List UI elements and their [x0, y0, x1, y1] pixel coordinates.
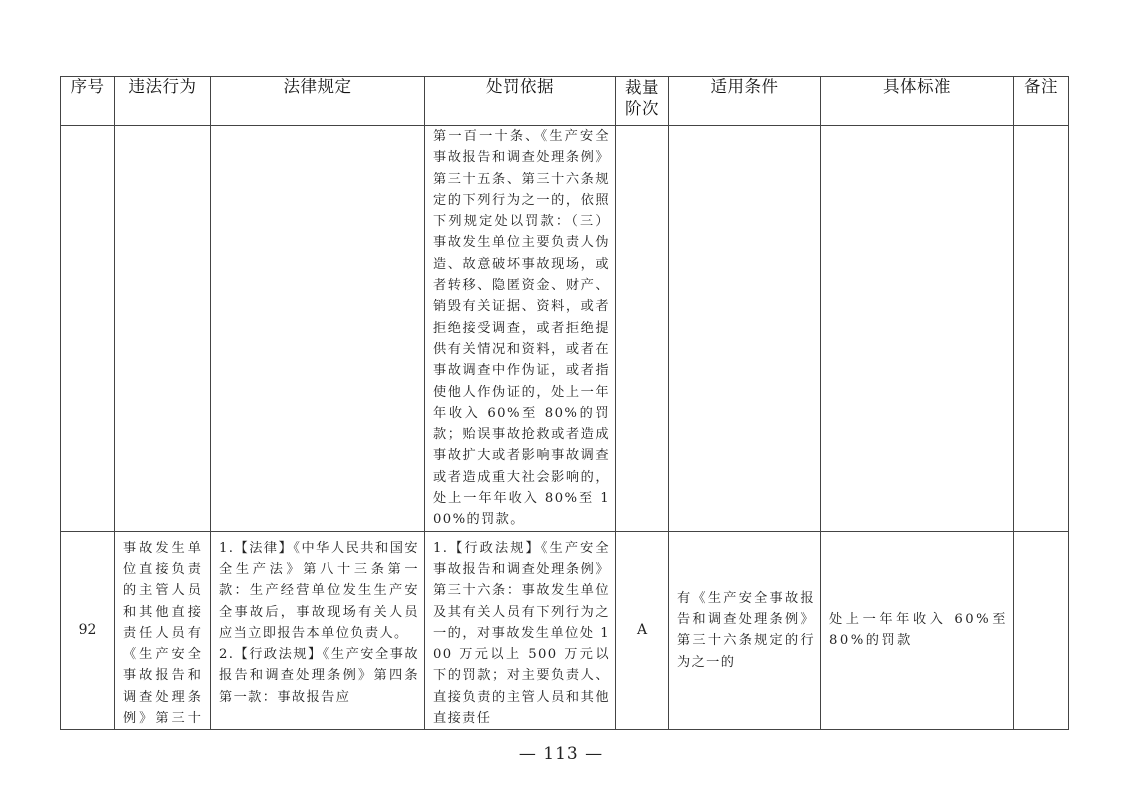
table-header-row: 序号 违法行为 法律规定 处罚依据 裁量阶次 适用条件 具体标准 备注	[61, 77, 1069, 126]
header-discretion-level: 裁量阶次	[616, 77, 669, 126]
header-seq: 序号	[61, 77, 115, 126]
cell-specific-standard	[821, 126, 1014, 532]
cell-discretion-level: A	[616, 531, 669, 730]
cell-applicable-condition	[669, 126, 821, 532]
penalty-basis-text: 1.【行政法规】《生产安全事故报告和调查处理条例》第三十六条：事故发生单位及其有…	[425, 532, 615, 730]
header-applicable-condition: 适用条件	[669, 77, 821, 126]
cell-discretion-level	[616, 126, 669, 532]
specific-standard-text: 处上一年年收入 60%至 80%的罚款	[821, 609, 1013, 652]
header-penalty-basis: 处罚依据	[425, 77, 616, 126]
cell-penalty-basis: 第一百一十条、《生产安全事故报告和调查处理条例》第三十五条、第三十六条规定的下列…	[425, 126, 616, 532]
page-number: — 113 —	[0, 744, 1122, 764]
table-row: 92 事故发生单位直接负责的主管人员和其他直接责任人员有《生产安全事故报告和调查…	[61, 531, 1069, 730]
cell-specific-standard: 处上一年年收入 60%至 80%的罚款	[821, 531, 1014, 730]
applicable-condition-text: 有《生产安全事故报告和调查处理条例》第三十六条规定的行为之一的	[669, 588, 820, 673]
header-discretion-level-label: 裁量阶次	[624, 77, 660, 119]
cell-violation	[115, 126, 211, 532]
penalty-discretion-table: 序号 违法行为 法律规定 处罚依据 裁量阶次 适用条件 具体标准 备注 第一百一…	[60, 76, 1069, 730]
cell-remarks	[1014, 531, 1069, 730]
cell-legal-provision: 1.【法律】《中华人民共和国安全生产法》第八十三条第一款：生产经营单位发生生产安…	[211, 531, 425, 730]
cell-violation: 事故发生单位直接负责的主管人员和其他直接责任人员有《生产安全事故报告和调查处理条…	[115, 531, 211, 730]
cell-remarks	[1014, 126, 1069, 532]
penalty-basis-text: 第一百一十条、《生产安全事故报告和调查处理条例》第三十五条、第三十六条规定的下列…	[425, 126, 615, 531]
legal-provision-text: 1.【法律】《中华人民共和国安全生产法》第八十三条第一款：生产经营单位发生生产安…	[211, 532, 424, 708]
table-row: 第一百一十条、《生产安全事故报告和调查处理条例》第三十五条、第三十六条规定的下列…	[61, 126, 1069, 532]
cell-applicable-condition: 有《生产安全事故报告和调查处理条例》第三十六条规定的行为之一的	[669, 531, 821, 730]
header-remarks: 备注	[1014, 77, 1069, 126]
cell-penalty-basis: 1.【行政法规】《生产安全事故报告和调查处理条例》第三十六条：事故发生单位及其有…	[425, 531, 616, 730]
cell-seq	[61, 126, 115, 532]
header-specific-standard: 具体标准	[821, 77, 1014, 126]
cell-legal-provision	[211, 126, 425, 532]
header-legal-provision: 法律规定	[211, 77, 425, 126]
header-violation: 违法行为	[115, 77, 211, 126]
violation-text: 事故发生单位直接负责的主管人员和其他直接责任人员有《生产安全事故报告和调查处理条…	[115, 532, 210, 730]
cell-seq: 92	[61, 531, 115, 730]
